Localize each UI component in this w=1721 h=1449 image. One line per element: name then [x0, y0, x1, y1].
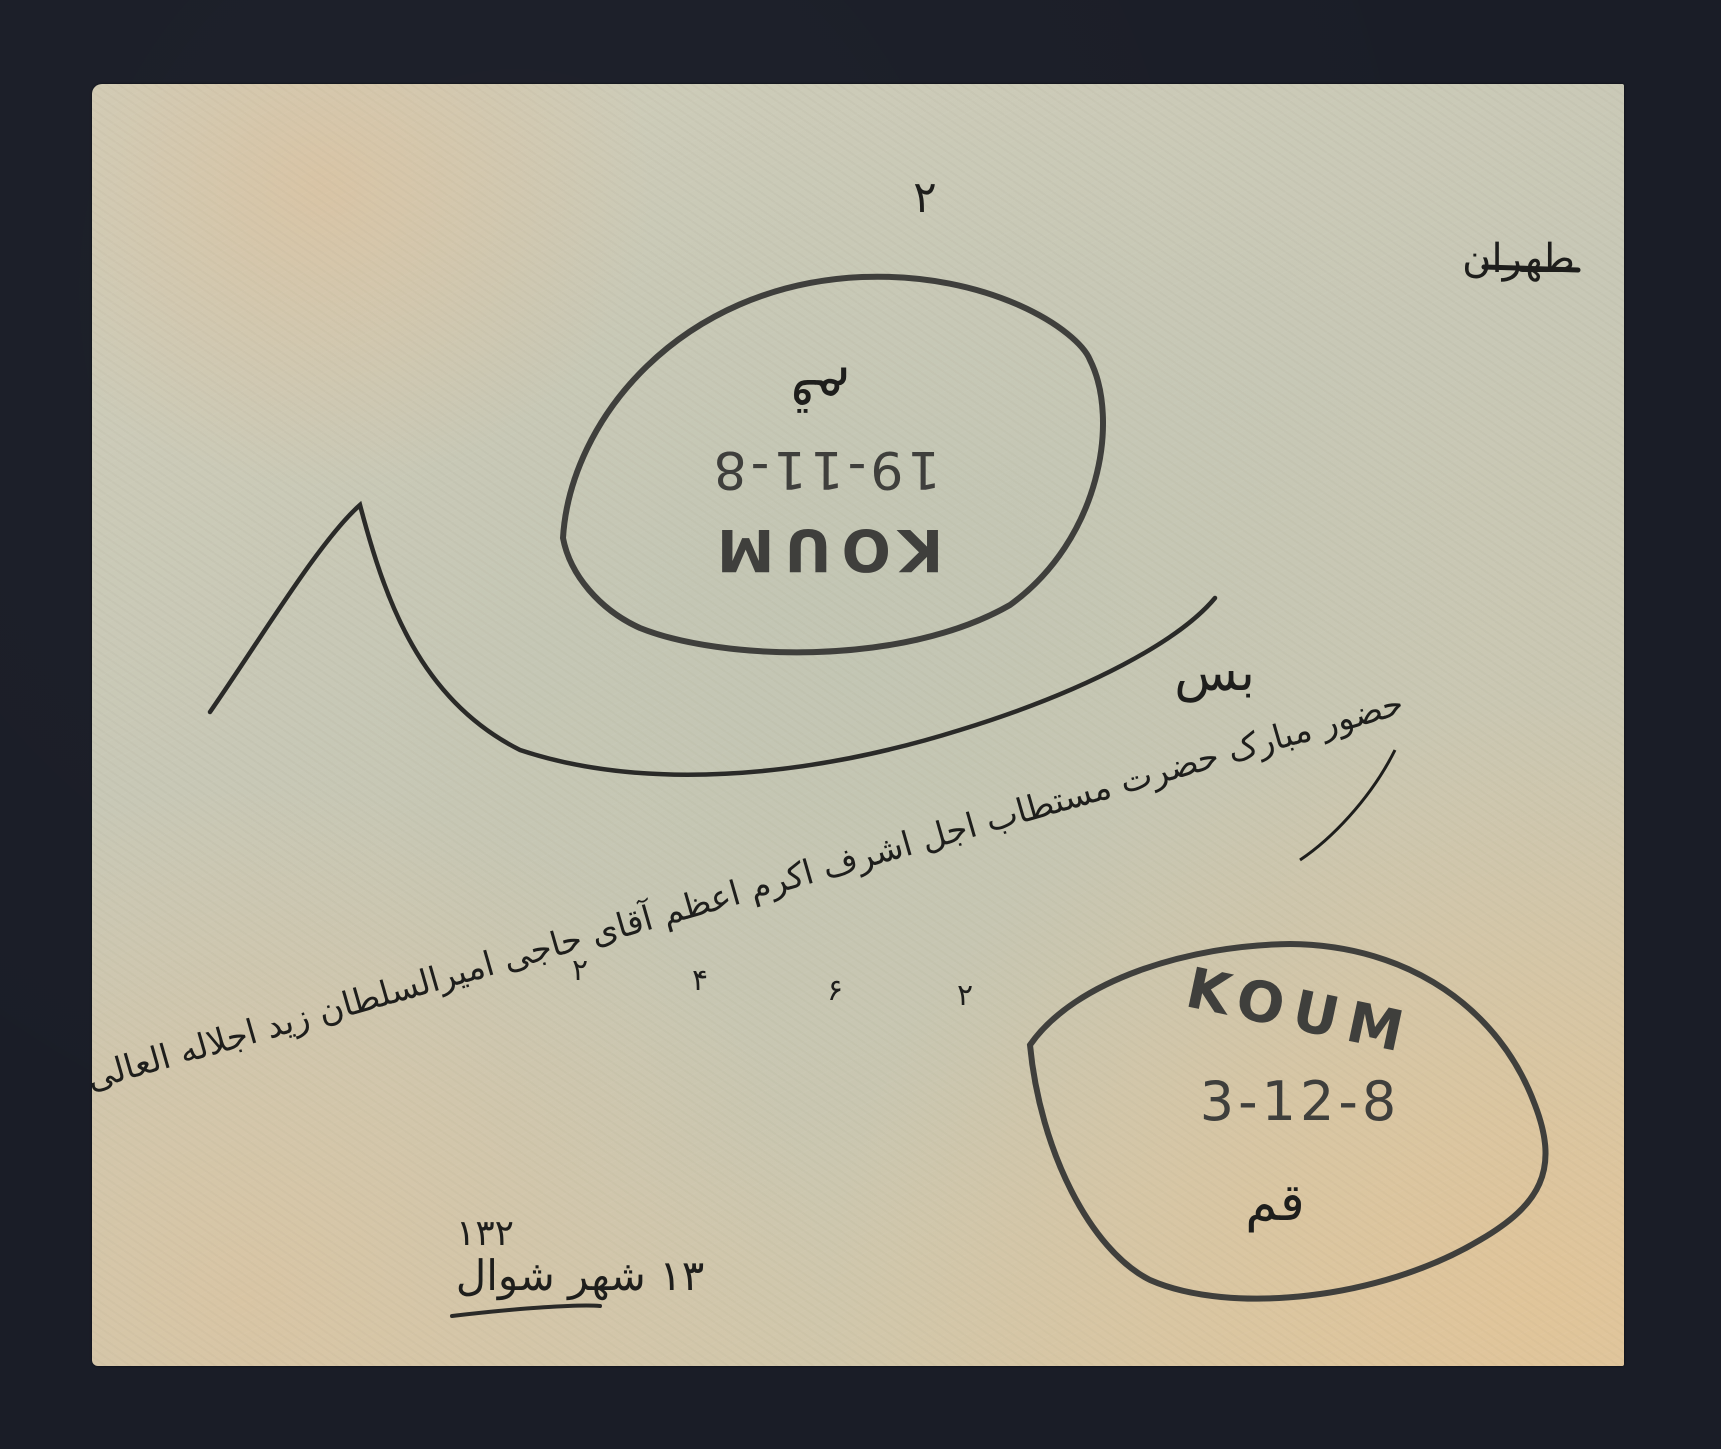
postmark-date: 19-11-8 — [710, 439, 941, 499]
postmark-top: KOUM 19-11-8 قم — [563, 277, 1103, 653]
postmark-bottom: KOUM 3-12-8 قم — [1030, 944, 1546, 1299]
address-line: حضور مبارک حضرت مستطاب اجل اشرف اکرم اعظ… — [82, 682, 1408, 1098]
underline-icon — [452, 1305, 600, 1316]
postmark-date: 3-12-8 — [1200, 1070, 1400, 1133]
top-mark: ۲ — [913, 172, 937, 223]
postmark-city: KOUM — [1181, 956, 1419, 1067]
address-numerals: ۲ ۴ ۶ ۲ — [572, 953, 973, 1013]
numeral: ۲ — [572, 953, 588, 988]
postmark-native-script: قم — [790, 367, 849, 427]
envelope-markings: طهران ۲ KOUM 19-11-8 قم KOUM 3-12-8 قم ب… — [0, 0, 1721, 1449]
underline-icon — [1484, 267, 1578, 270]
address-header: بس — [1174, 643, 1255, 703]
postmark-native-script: قم — [1245, 1173, 1304, 1233]
date-note-month: ۱۳ شهر شوال — [456, 1251, 705, 1301]
destination-text: طهران — [1462, 236, 1575, 282]
date-note: ۱۳۲ ۱۳ شهر شوال — [452, 1213, 704, 1316]
address-stroke-icon — [1300, 750, 1395, 860]
numeral: ۴ — [692, 963, 708, 998]
destination-inscription: طهران — [1462, 236, 1578, 282]
postmark-city: KOUM — [707, 516, 943, 584]
date-note-year: ۱۳۲ — [456, 1213, 514, 1254]
numeral: ۲ — [957, 978, 973, 1013]
numeral: ۶ — [827, 973, 843, 1008]
